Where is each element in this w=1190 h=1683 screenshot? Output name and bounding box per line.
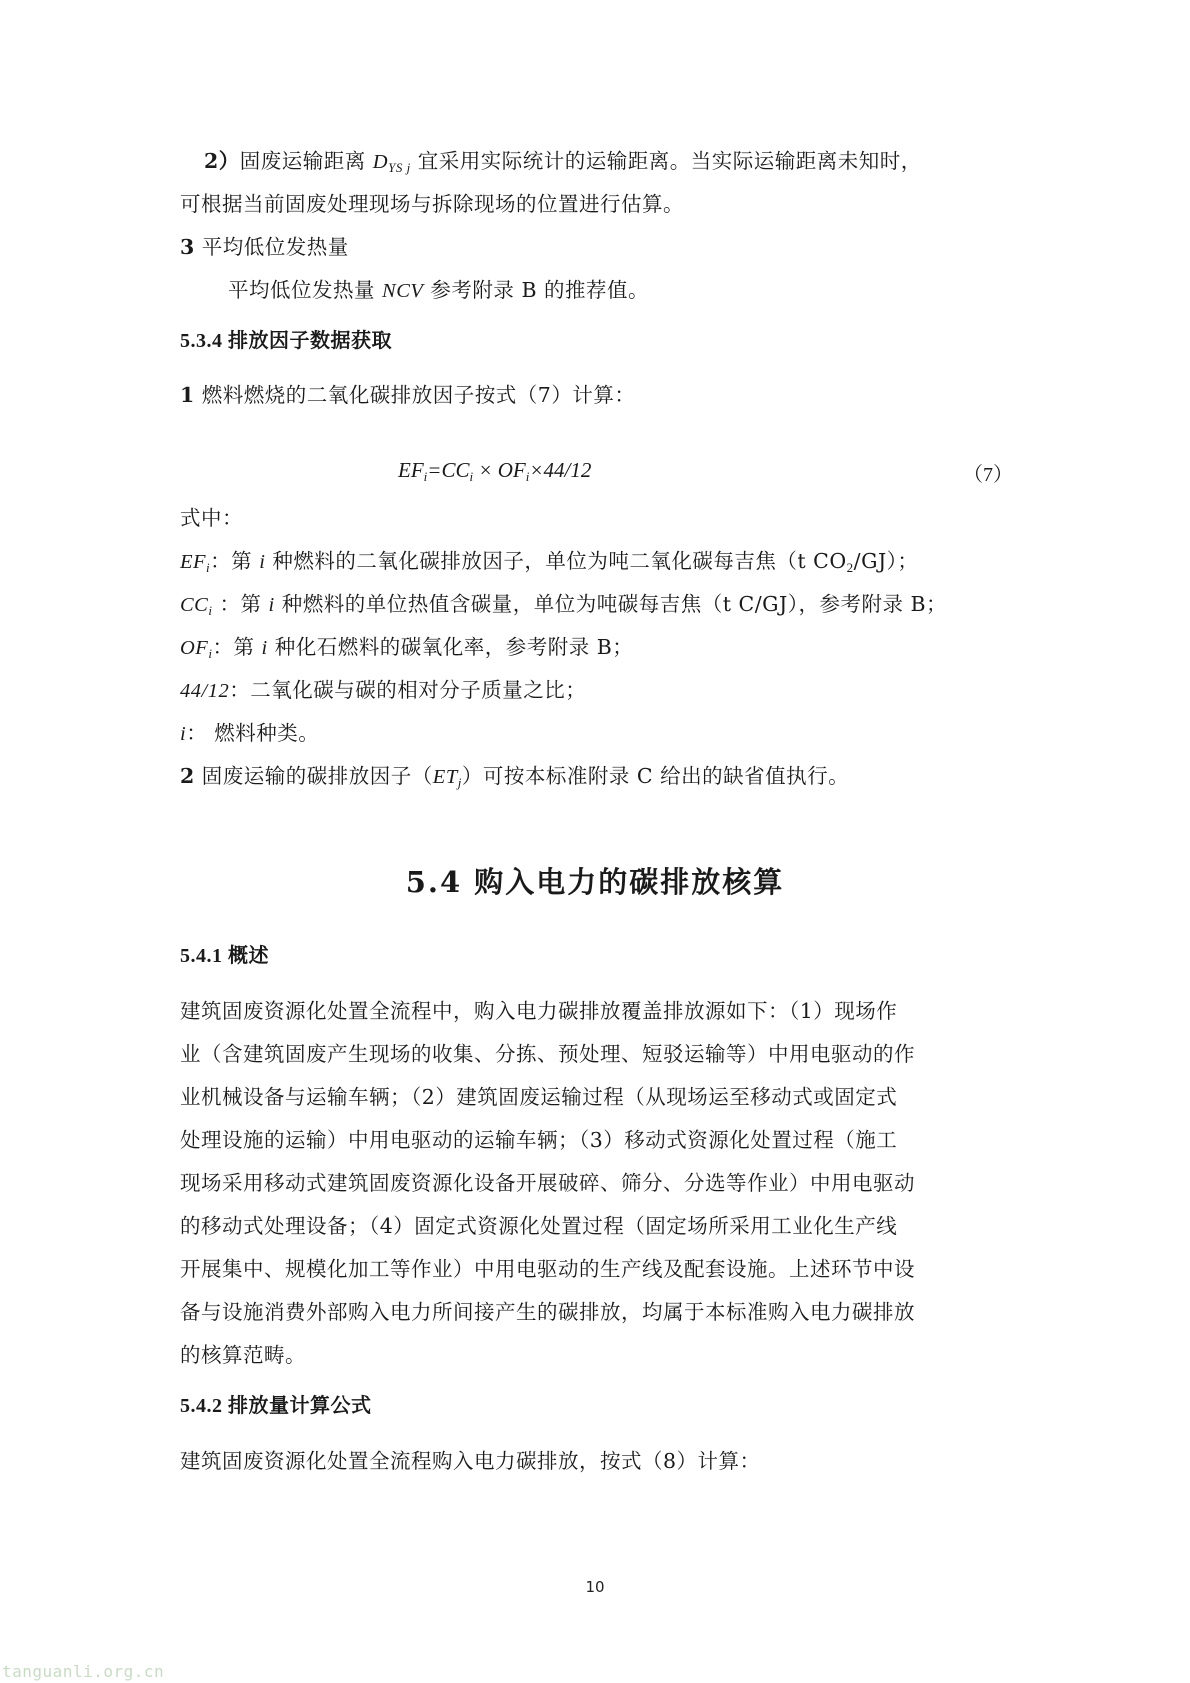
definition-ratio: 44/12：二氧化碳与碳的相对分子质量之比； [180,675,586,706]
eq-term: =CC [427,458,469,482]
item-3-body: 平均低位发热量 NCV 参考附录 B 的推荐值。 [228,275,649,306]
definition-ef: EFi：第 i 种燃料的二氧化碳排放因子，单位为吨二氧化碳每吉焦（t CO2/G… [180,546,918,583]
definition-cc: CCi ：第 i 种燃料的单位热值含碳量，单位为吨碳每吉焦（t C/GJ），参考… [180,589,947,626]
equation-7: EFi=CCi × OFi×44/12 [398,458,591,485]
text: 参考附录 B 的推荐值。 [423,278,649,302]
variable: NCV [382,280,423,302]
definition-i: i： 燃料种类。 [180,718,319,749]
text: ： 燃料种类。 [186,721,319,745]
item-1-text: 1 燃料燃烧的二氧化碳排放因子按式（7）计算： [180,380,635,410]
item-number: 1 [180,383,195,407]
overview-line: 处理设施的运输）中用电驱动的运输车辆；（3）移动式资源化处置过程（施工 [180,1125,897,1155]
text: ：第 [212,635,261,659]
section-heading-5-3-4: 5.3.4 排放因子数据获取 [180,326,392,356]
page-number: 10 [0,1578,1190,1596]
item-2-text: 2 固废运输的碳排放因子（ETj）可按本标准附录 C 给出的缺省值执行。 [180,761,849,798]
eq-term: × OF [473,458,526,482]
unit-subscript: 2 [847,560,854,575]
watermark: tanguanli.org.cn [2,1662,164,1681]
text: 种燃料的单位热值含碳量，单位为吨碳每吉焦（t C/GJ），参考附录 B； [275,592,947,616]
paragraph-transport-distance-cont: 可根据当前固废处理现场与拆除现场的位置进行估算。 [180,189,684,219]
item-title: 平均低位发热量 [195,235,349,259]
item-number: 2 [180,764,195,788]
text: ）可按本标准附录 C 给出的缺省值执行。 [462,764,849,788]
overview-line: 开展集中、规模化加工等作业）中用电驱动的生产线及配套设施。上述环节中设 [180,1254,915,1284]
symbol: CC [180,594,208,616]
equation-number: （7） [963,458,1013,487]
symbol: EF [180,551,206,573]
text: 固废运输的碳排放因子（ [195,764,433,788]
symbol: 44/12 [180,680,229,702]
where-label: 式中： [180,503,243,533]
variable: D [373,151,388,173]
section-heading-5-4: 5.4 购入电力的碳排放核算 [0,860,1190,901]
section-heading-5-4-2: 5.4.2 排放量计算公式 [180,1391,372,1421]
text: ：第 [210,549,259,573]
text: ：第 [212,592,268,616]
definition-of: OFi：第 i 种化石燃料的碳氧化率，参考附录 B； [180,632,633,669]
symbol: OF [180,637,208,659]
eq-term: ×44/12 [529,458,591,482]
overview-line: 的核算范畴。 [180,1340,306,1370]
text: 平均低位发热量 [228,278,382,302]
item-number: 3 [180,235,195,259]
text: ：二氧化碳与碳的相对分子质量之比； [229,678,586,702]
overview-line: 现场采用移动式建筑固废资源化设备开展破碎、筛分、分选等作业）中用电驱动 [180,1168,915,1198]
overview-line: 建筑固废资源化处置全流程中，购入电力碳排放覆盖排放源如下：（1）现场作 [180,996,897,1026]
document-page: 2）固废运输距离 DYS j 宜采用实际统计的运输距离。当实际运输距离未知时， … [0,0,1190,1683]
text: 种化石燃料的碳氧化率，参考附录 B； [268,635,634,659]
list-marker: 2） [204,149,240,173]
variable: ET [433,766,458,788]
overview-line: 的移动式处理设备；（4）固定式资源化处置过程（固定场所采用工业化生产线 [180,1211,897,1241]
text: /GJ）； [854,549,919,573]
section-heading-5-4-1: 5.4.1 概述 [180,941,269,971]
paragraph-transport-distance: 2）固废运输距离 DYS j 宜采用实际统计的运输距离。当实际运输距离未知时， [204,146,922,183]
eq-term: EF [398,458,424,482]
variable-subscript: YS j [388,160,411,175]
text: 宜采用实际统计的运输距离。当实际运输距离未知时， [411,149,922,173]
overview-line: 业机械设备与运输车辆；（2）建筑固废运输过程（从现场运至移动式或固定式 [180,1082,897,1112]
text: 固废运输距离 [240,149,373,173]
text: 燃料燃烧的二氧化碳排放因子按式（7）计算： [195,383,636,407]
item-3-heading: 3 平均低位发热量 [180,232,349,262]
text: 种燃料的二氧化碳排放因子，单位为吨二氧化碳每吉焦（t CO [265,549,846,573]
overview-line: 备与设施消费外部购入电力所间接产生的碳排放，均属于本标准购入电力碳排放 [180,1297,915,1327]
formula-intro: 建筑固废资源化处置全流程购入电力碳排放，按式（8）计算： [180,1446,761,1476]
overview-line: 业（含建筑固废产生现场的收集、分拣、预处理、短驳运输等）中用电驱动的作 [180,1039,915,1069]
